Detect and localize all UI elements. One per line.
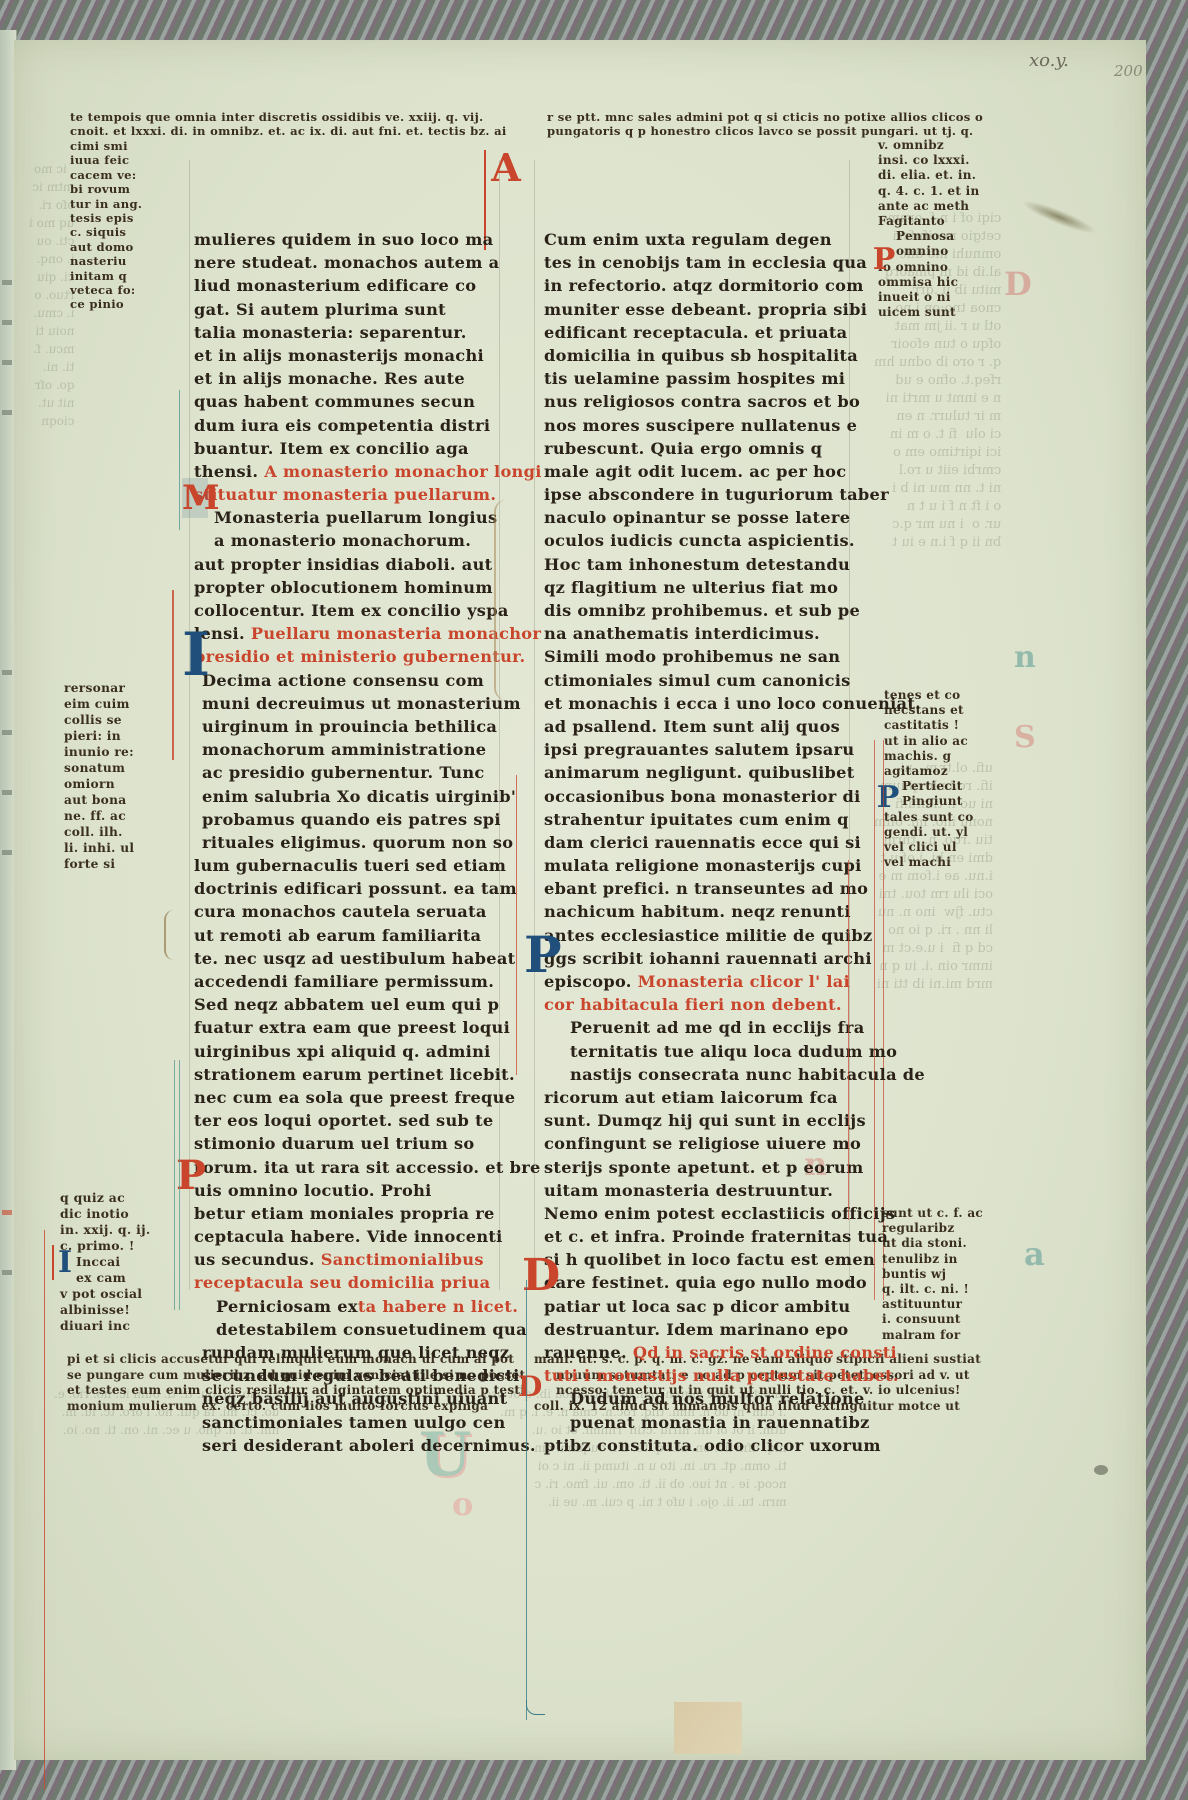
teal-flourish-line: [174, 1060, 180, 1310]
show-through-initial: n: [1014, 640, 1036, 675]
rubric: Sanctimonialibus: [321, 1250, 484, 1269]
show-through-initial: D: [1004, 265, 1032, 303]
worm-hole-stain: [1019, 196, 1098, 239]
column-a: mulieres quidem in suo loco ma nere stud…: [194, 228, 542, 1457]
teal-flourish-line: [526, 1280, 533, 1720]
teal-flourish-line: [179, 390, 182, 530]
line-with-rubric: episcopo. Monasteria clicor l' lai: [544, 970, 925, 993]
show-through-initial: S: [1014, 720, 1036, 755]
rubric: presidio et ministerio gubernentur.: [194, 645, 542, 668]
initial-a-decorated: A: [489, 145, 523, 190]
folio-notation: xo.y.: [1029, 50, 1069, 71]
top-gloss-right: r se ptt. mnc sales admini pot q si ctic…: [547, 110, 983, 139]
folio-number: 200: [1114, 62, 1143, 80]
bleed-text: [2, 790, 12, 795]
red-flourish-line: [844, 860, 849, 1220]
red-flourish-line: [44, 1230, 47, 1790]
column-b: Cum enim uxta regulam degen tes in cenob…: [544, 228, 925, 1457]
bleed-text: [2, 360, 12, 365]
rubric: stituatur monasteria puellarum.: [194, 483, 542, 506]
line-with-rubric: lensi. Puellaru monasteria monachor: [194, 622, 542, 645]
left-gloss-block-2: rersonar eim cuim collis se pieri: in in…: [64, 680, 134, 872]
bleed-text: [2, 1210, 12, 1215]
rubric: Monasteria clicor l' lai: [638, 972, 850, 991]
rubric: A monasterio monachor longi: [264, 462, 541, 481]
rubric: ta habere n licet.: [358, 1297, 518, 1316]
penwork-flourish: [164, 910, 186, 960]
initial-p-blue: P: [524, 925, 558, 984]
line-with-rubric: rauenne. Qd in sacris st ordine consti: [544, 1341, 925, 1364]
red-flourish-line: [516, 775, 523, 1075]
show-through-initial: o: [452, 1485, 473, 1523]
bleed-text: [2, 850, 12, 855]
line-with-rubric: thensi. A monasterio monachor longi: [194, 460, 542, 483]
bleed-text: [2, 670, 12, 675]
initial-i-gloss: I: [52, 1245, 76, 1280]
rubric: Qd in sacris st ordine consti: [633, 1343, 897, 1362]
rubric: cor habitacula fieri non debent.: [544, 993, 925, 1016]
bleed-text: [2, 280, 12, 285]
red-flourish-line: [172, 590, 176, 760]
bleed-text: [2, 1270, 12, 1275]
rubric: receptacula seu domicilia priua: [194, 1271, 542, 1294]
initial-m: M: [182, 478, 208, 518]
ink-spot: [1094, 1465, 1108, 1475]
show-through-initial: a: [1024, 1235, 1045, 1273]
line-with-rubric: Perniciosam exta habere n licet.: [194, 1295, 542, 1318]
penwork-flourish: [494, 500, 516, 700]
rubric: tuti i monastijs nulla potestate habet.: [544, 1364, 925, 1387]
initial-p-red: P: [176, 1152, 206, 1199]
parchment-repair-patch: [674, 1702, 742, 1754]
bleed-text: [2, 320, 12, 325]
bleed-text: [2, 410, 12, 415]
teal-flourish-tail: [526, 1700, 545, 1715]
bleed-text: [2, 730, 12, 735]
initial-i-blue: I: [182, 585, 208, 735]
top-gloss-left: te tempois que omnia inter discretis oss…: [70, 110, 507, 139]
manuscript-page: ciqi of i n-f ornmc cetgio m oifnfcri om…: [14, 40, 1146, 1760]
left-gloss-block-1: cimi smi iuua feic cacem ve: bi rovum tu…: [70, 139, 142, 312]
line-with-rubric: us secundus. Sanctimonialibus: [194, 1248, 542, 1271]
